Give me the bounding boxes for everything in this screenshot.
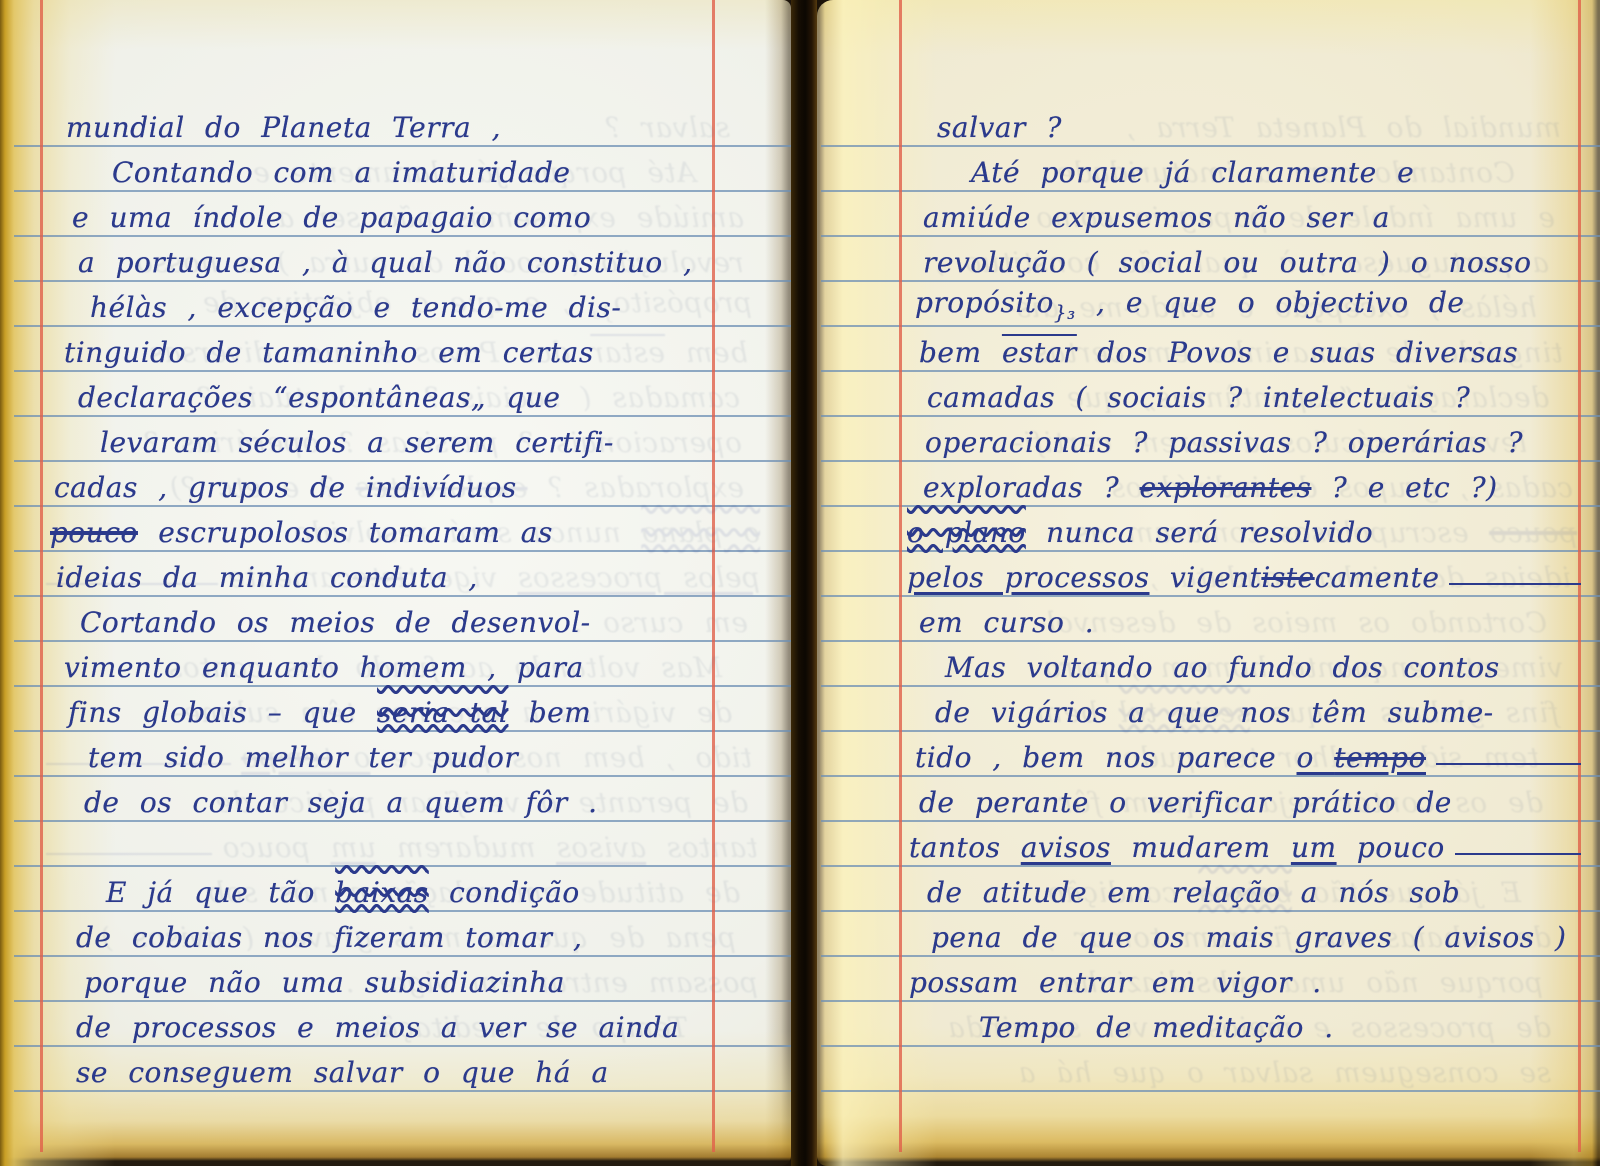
ink-segment: revolução ( social ou outra ) o nosso <box>923 246 1531 279</box>
handwritten-line: se conseguem salvar o que há a <box>50 1047 760 1092</box>
ink-segment: levaram séculos a serem certifi- <box>100 426 614 459</box>
ink-segment: possam entrar em vigor . <box>909 966 1322 999</box>
handwritten-line: E já que tão baixas condição <box>50 867 760 912</box>
ink-segment: operacionais ? passivas ? operárias ? <box>925 426 1523 459</box>
ink-segment: declarações “espontâneas„ que <box>78 381 560 414</box>
ink-segment: Mas voltando ao fundo dos contos <box>945 651 1500 684</box>
handwritten-line: Mas voltando ao fundo dos contos <box>907 642 1587 687</box>
right-page-handwriting: salvar ?Até porque já claramente eamiúde… <box>907 102 1587 1047</box>
handwritten-line: tem sido melhor ter pudor <box>50 732 760 777</box>
ink-segment: tantos <box>909 831 1021 864</box>
ink-segment: mudarem <box>1111 831 1291 864</box>
handwritten-line <box>50 822 760 867</box>
ink-segment: Até porque já claramente e <box>971 156 1414 189</box>
ink-segment: Tempo de meditação . <box>979 1011 1334 1044</box>
ink-segment: porque não uma subsidiazinha <box>84 966 565 999</box>
trailing-stroke <box>1436 763 1581 765</box>
handwritten-line: hélàs , excepção e tendo-me dis- <box>50 282 760 327</box>
trailing-stroke <box>1455 853 1581 855</box>
handwritten-line: porque não uma subsidiazinha <box>50 957 760 1002</box>
ink-segment: vimento enquanto homem , para <box>64 651 584 684</box>
handwritten-line: salvar ? <box>907 102 1587 147</box>
ink-segment: escrupolosos tomaram as <box>138 516 553 549</box>
handwritten-line: levaram séculos a serem certifi- <box>50 417 760 462</box>
ink-segment: hélàs , excepção e tendo-me dis- <box>90 291 621 324</box>
handwritten-line: vimento enquanto homem , para <box>50 642 760 687</box>
ink-segment: mundial do Planeta Terra , <box>66 111 501 144</box>
ink-segment: avisos <box>1021 831 1111 864</box>
ink-segment: pena de que os mais graves ( avisos ) <box>931 921 1566 954</box>
left-page-handwriting: mundial do Planeta Terra ,Contando com a… <box>50 102 760 1092</box>
ink-segment: de vigários a que nos têm subme- <box>935 696 1494 729</box>
handwritten-line: operacionais ? passivas ? operárias ? <box>907 417 1587 462</box>
ink-segment: , e que o objectivo de <box>1076 286 1465 319</box>
ink-segment: de atitude em relação a nós sob <box>927 876 1460 909</box>
right-page-margin-line-left <box>899 0 902 1152</box>
ink-segment: explorantes <box>1139 471 1311 504</box>
handwritten-line: de os contar seja a quem fôr . <box>50 777 760 822</box>
handwritten-line: tido , bem nos parece o tempo <box>907 732 1587 777</box>
ink-segment: camadas ( sociais ? intelectuais ? <box>927 381 1470 414</box>
ink-segment: ? e etc ?) <box>1311 471 1497 504</box>
handwritten-line: exploradas ? explorantes ? e etc ?) <box>907 462 1587 507</box>
ink-segment: de os contar seja a quem fôr . <box>84 786 598 819</box>
trailing-stroke <box>1449 583 1581 585</box>
ink-segment: de perante o verificar prático de <box>919 786 1452 819</box>
ink-segment: pouco <box>50 516 138 549</box>
ink-segment: e uma índole de papagaio como <box>72 201 591 234</box>
handwritten-line: tinguido de tamaninho em certas <box>50 327 760 372</box>
handwritten-line: de cobaias nos fizeram tomar , <box>50 912 760 957</box>
handwritten-line: possam entrar em vigor . <box>907 957 1587 1002</box>
handwritten-line: de vigários a que nos têm subme- <box>907 687 1587 732</box>
notebook-spread: salvar ?Até porque já claramente eamiúde… <box>0 0 1600 1166</box>
spine-shadow <box>791 0 817 1166</box>
ink-segment: a portuguesa , à qual não constituo , <box>78 246 693 279</box>
handwritten-line: Tempo de meditação . <box>907 1002 1587 1047</box>
ink-segment: salvar ? <box>937 111 1062 144</box>
handwritten-line: pena de que os mais graves ( avisos ) <box>907 912 1587 957</box>
ink-segment: baixas <box>335 876 428 909</box>
left-page: salvar ?Até porque já claramente eamiúde… <box>0 0 791 1166</box>
handwritten-line: de perante o verificar prático de <box>907 777 1587 822</box>
left-page-margin-line-left <box>40 0 43 1152</box>
ink-segment: dos Povos e suas diversas <box>1077 336 1518 369</box>
handwritten-line: de processos e meios a ver se ainda <box>50 1002 760 1047</box>
handwritten-line: fins globais – que seria tal bem <box>50 687 760 732</box>
ink-segment: exploradas ? <box>923 471 1139 504</box>
handwritten-line: cadas , grupos de indivíduos <box>50 462 760 507</box>
handwritten-line: revolução ( social ou outra ) o nosso <box>907 237 1587 282</box>
handwritten-line: bem estar dos Povos e suas diversas <box>907 327 1587 372</box>
ink-segment: }₃ <box>1054 300 1076 324</box>
handwritten-line: Cortando os meios de desenvol- <box>50 597 760 642</box>
handwritten-line: declarações “espontâneas„ que <box>50 372 760 417</box>
ink-segment: o <box>1297 741 1335 774</box>
handwritten-line: Contando com a imaturidade <box>50 147 760 192</box>
handwritten-line: e uma índole de papagaio como <box>50 192 760 237</box>
ink-segment: tempo <box>1334 741 1426 774</box>
ink-segment: ideias da minha conduta , <box>56 561 478 594</box>
ink-segment: pelos processos <box>907 561 1149 594</box>
ink-segment: pouco <box>1337 831 1445 864</box>
ink-segment: Cortando os meios de desenvol- <box>80 606 591 639</box>
ink-segment: E já que tão <box>106 876 335 909</box>
ink-segment: cadas , grupos de indivíduos <box>54 471 517 504</box>
ink-segment: em curso . <box>919 606 1094 639</box>
ink-segment: de processos e meios a ver se ainda <box>76 1011 679 1044</box>
ink-segment: o plano <box>907 516 1026 549</box>
handwritten-line: amiúde expusemos não ser a <box>907 192 1587 237</box>
ink-segment: propósito <box>915 286 1054 319</box>
handwritten-line: pelos processos vigentistecamente <box>907 552 1587 597</box>
handwritten-line: tantos avisos mudarem um pouco <box>907 822 1587 867</box>
handwritten-line: Até porque já claramente e <box>907 147 1587 192</box>
handwritten-line: pouco escrupolosos tomaram as <box>50 507 760 552</box>
ink-segment: iste <box>1261 561 1314 594</box>
handwritten-line: camadas ( sociais ? intelectuais ? <box>907 372 1587 417</box>
ink-segment: estar <box>1002 336 1077 369</box>
ink-segment: bem <box>919 336 1002 369</box>
ink-segment: bem <box>508 696 591 729</box>
ink-segment: fins globais – que <box>68 696 377 729</box>
handwritten-line: mundial do Planeta Terra , <box>50 102 760 147</box>
ink-segment: tinguido de tamaninho em certas <box>64 336 594 369</box>
ink-segment: seria tal <box>377 696 508 729</box>
ink-segment: de cobaias nos fizeram tomar , <box>76 921 582 954</box>
handwritten-line: ideias da minha conduta , <box>50 552 760 597</box>
handwritten-line: de atitude em relação a nós sob <box>907 867 1587 912</box>
ink-segment: condição <box>429 876 580 909</box>
notebook-photo: { "colors":{ "ink":"#2b3a8c", "rule":"#6… <box>0 0 1600 1166</box>
ink-segment: tem sido melhor ter pudor <box>88 741 518 774</box>
ink-segment: nunca será resolvido <box>1026 516 1373 549</box>
ink-segment: Contando com a imaturidade <box>112 156 571 189</box>
handwritten-line: propósito}₃ , e que o objectivo de <box>907 282 1587 327</box>
handwritten-line: o plano nunca será resolvido <box>907 507 1587 552</box>
ink-segment: camente <box>1315 561 1440 594</box>
ink-segment: vigent <box>1149 561 1261 594</box>
handwritten-line: em curso . <box>907 597 1587 642</box>
ink-segment: se conseguem salvar o que há a <box>76 1056 609 1089</box>
ink-segment: um <box>1291 831 1337 864</box>
ink-segment: tido , bem nos parece <box>915 741 1297 774</box>
right-page: mundial do Planeta Terra ,Contando com a… <box>817 0 1600 1166</box>
handwritten-line: a portuguesa , à qual não constituo , <box>50 237 760 282</box>
ink-segment: amiúde expusemos não ser a <box>923 201 1390 234</box>
